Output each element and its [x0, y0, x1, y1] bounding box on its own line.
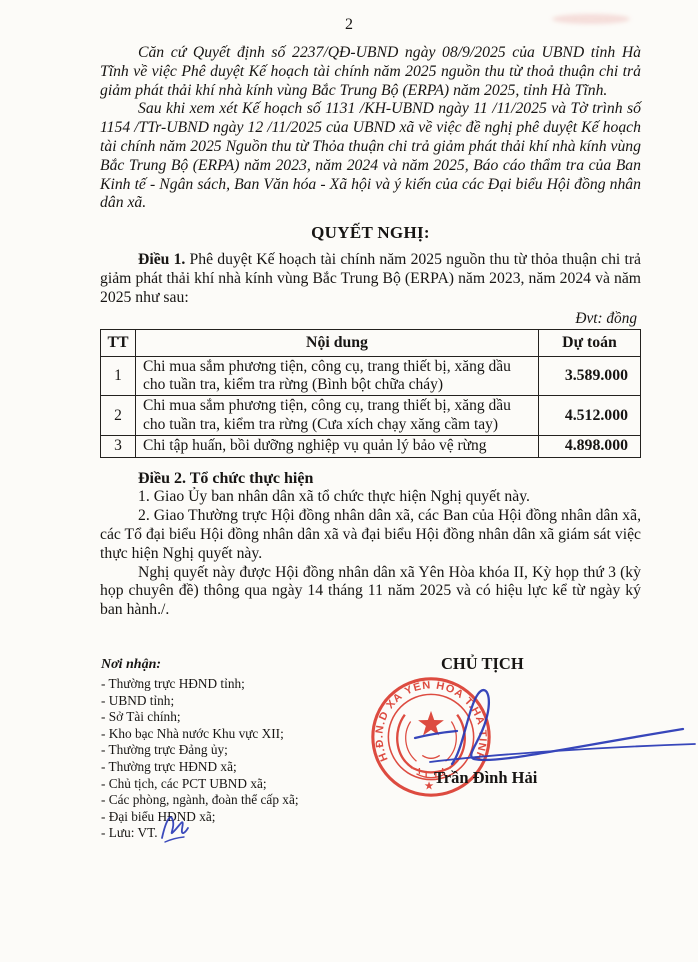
- signature-ink-icon: [405, 680, 698, 776]
- column-header-tt: TT: [101, 329, 136, 356]
- recipient-item: - Sở Tài chính;: [101, 709, 381, 726]
- row-content: Chi mua sắm phương tiện, công cụ, trang …: [136, 396, 539, 436]
- row-number: 3: [101, 436, 136, 457]
- row-amount: 3.589.000: [539, 356, 641, 396]
- recipients-label: Nơi nhận:: [101, 657, 381, 673]
- row-amount: 4.512.000: [539, 396, 641, 436]
- row-content: Chi tập huấn, bồi dưỡng nghiệp vụ quản l…: [136, 436, 539, 457]
- preamble-paragraph-2: Sau khi xem xét Kế hoạch số 1131 /KH-UBN…: [100, 100, 641, 213]
- resolution-heading: QUYẾT NGHỊ:: [100, 223, 641, 243]
- article-2-item-1: 1. Giao Ủy ban nhân dân xã tổ chức thực …: [100, 488, 641, 507]
- article-2-item-2: 2. Giao Thường trực Hội đồng nhân dân xã…: [100, 507, 641, 563]
- document-page: 2 Căn cứ Quyết định số 2237/QĐ-UBND ngày…: [0, 0, 698, 962]
- unit-note: Đvt: đồng: [100, 308, 641, 329]
- column-header-du-toan: Dự toán: [539, 329, 641, 356]
- table-row: 2 Chi mua sắm phương tiện, công cụ, tran…: [101, 396, 641, 436]
- column-header-noi-dung: Nội dung: [136, 329, 539, 356]
- row-number: 1: [101, 356, 136, 396]
- row-amount: 4.898.000: [539, 436, 641, 457]
- recipient-item: - Các phòng, ngành, đoàn thể cấp xã;: [101, 792, 381, 809]
- recipient-item: - Kho bạc Nhà nước Khu vực XII;: [101, 726, 381, 743]
- stamp-star-icon: ★: [424, 779, 434, 792]
- recipient-item: - Chủ tịch, các PCT UBND xã;: [101, 776, 381, 793]
- scan-artifact: [552, 14, 630, 24]
- document-body: Căn cứ Quyết định số 2237/QĐ-UBND ngày 0…: [100, 44, 641, 620]
- article-1-paragraph: Điều 1. Phê duyệt Kế hoạch tài chính năm…: [100, 251, 641, 307]
- budget-table: TT Nội dung Dự toán 1 Chi mua sắm phương…: [100, 329, 641, 458]
- article-1-label: Điều 1.: [138, 251, 185, 268]
- article-2-heading: Điều 2. Tổ chức thực hiện: [100, 470, 641, 489]
- recipient-item: - Thường trực HĐND xã;: [101, 759, 381, 776]
- recipient-item: - Đại biểu HĐND xã;: [101, 809, 381, 826]
- recipient-item: - Thường trực Đảng ủy;: [101, 742, 381, 759]
- preamble-paragraph-1: Căn cứ Quyết định số 2237/QĐ-UBND ngày 0…: [100, 44, 641, 100]
- recipient-item: - Thường trực HĐND tỉnh;: [101, 676, 381, 693]
- table-header-row: TT Nội dung Dự toán: [101, 329, 641, 356]
- recipient-item: - UBND tỉnh;: [101, 693, 381, 710]
- row-content: Chi mua sắm phương tiện, công cụ, trang …: [136, 356, 539, 396]
- signer-title: CHỦ TỊCH: [441, 654, 524, 674]
- recipient-item: - Lưu: VT.: [101, 825, 381, 842]
- row-number: 2: [101, 396, 136, 436]
- recipients-block: Nơi nhận: - Thường trực HĐND tỉnh; - UBN…: [101, 657, 381, 842]
- table-row: 1 Chi mua sắm phương tiện, công cụ, tran…: [101, 356, 641, 396]
- vt-initials-ink-icon: [158, 808, 190, 846]
- closing-paragraph: Nghị quyết này được Hội đồng nhân dân xã…: [100, 564, 641, 620]
- table-row: 3 Chi tập huấn, bồi dưỡng nghiệp vụ quản…: [101, 436, 641, 457]
- signer-name: Trần Đình Hải: [434, 768, 537, 788]
